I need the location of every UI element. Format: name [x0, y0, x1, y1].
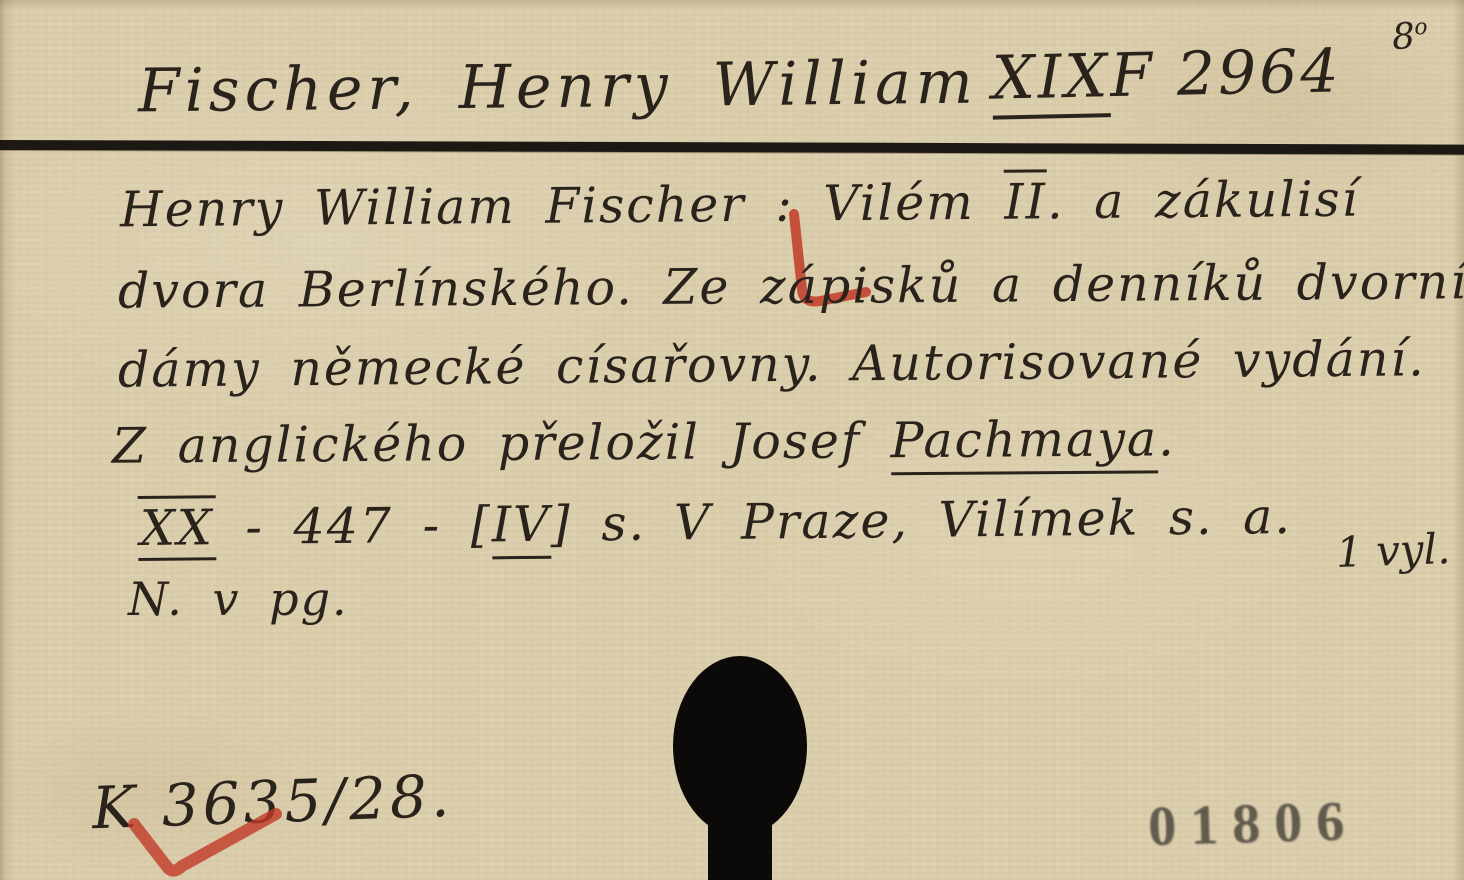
- header-rule: [0, 140, 1464, 155]
- author-statement: Henry William Fischer :: [120, 176, 794, 239]
- copies-note: 1 vyl.: [1335, 524, 1451, 577]
- format-mark-digit: 8: [1391, 16, 1417, 58]
- imprint-statement: V Praze, Vilímek s. a.: [674, 488, 1292, 551]
- collation-roman-pages: XX: [138, 495, 216, 561]
- collation-end: ] s.: [550, 495, 646, 553]
- collation-bracket-roman: IV: [492, 496, 551, 560]
- collation-arabic-pages: - 447 - [: [216, 496, 493, 556]
- shelfmark-roman-numeral: XIX: [991, 41, 1111, 119]
- card-heading: Fischer, Henry William: [138, 48, 978, 127]
- body-line-5: XX - 447 - [IV] s.V Praze, Vilímek s. a.: [138, 488, 1292, 557]
- catalog-card: Fischer, Henry William XIXF 2964 8o Henr…: [0, 0, 1464, 880]
- body-line-1: Henry William Fischer : Vilém II. a záku…: [120, 171, 1360, 239]
- red-check-mark-icon: [126, 806, 286, 878]
- body-line-4: Z anglického přeložil Josef Pachmaya.: [112, 410, 1176, 474]
- shelfmark: XIXF 2964: [991, 36, 1342, 113]
- translation-statement-end: .: [1158, 410, 1176, 467]
- format-mark: 8o: [1391, 15, 1430, 58]
- body-line-3: dámy německé císařovny. Autorisované vyd…: [118, 330, 1426, 398]
- pagination-note: N. v pg.: [128, 572, 349, 626]
- translation-statement: Z anglického přeložil Josef: [112, 412, 891, 474]
- stamp-number: 01806: [1147, 789, 1359, 859]
- punch-hole-icon: [655, 650, 825, 880]
- body-line-2: dvora Berlínského. Ze zápisků a denníků …: [118, 253, 1464, 319]
- title-continuation: . a zákulisí: [1047, 171, 1360, 231]
- shelfmark-number: F 2964: [1109, 36, 1342, 111]
- format-mark-superscript: o: [1413, 15, 1428, 41]
- title-roman-numeral: II: [1004, 169, 1047, 230]
- translator-name: Pachmaya: [890, 410, 1158, 475]
